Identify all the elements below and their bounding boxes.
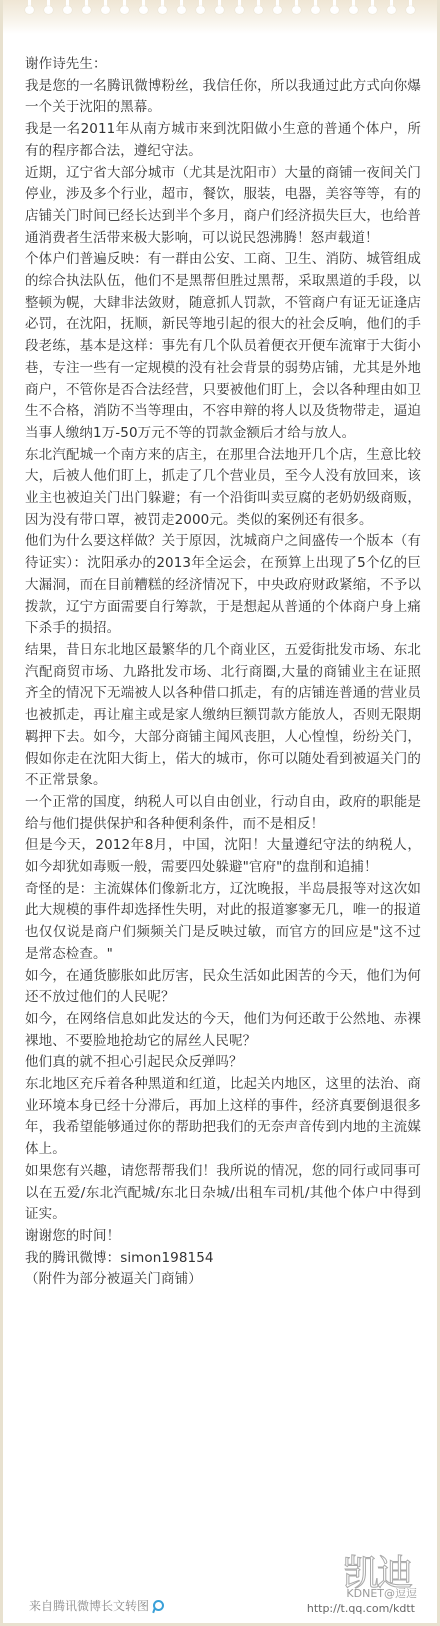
letter-body: 谢作诗先生： 我是您的一名腾讯微博粉丝，我信任你，所以我通过此方式向你爆一个关于… xyxy=(25,54,421,1291)
paragraph: 我是一名2011年从南方城市来到沈阳做小生意的普通个体户，所有的程序都合法，遵纪… xyxy=(25,119,421,162)
ring-icon xyxy=(273,0,282,14)
ring-icon xyxy=(235,0,244,14)
paragraph: 东北地区充斥着各种黑道和红道，比起关内地区，这里的法治、商业环境本身已经十分滞后… xyxy=(25,1074,421,1161)
ring-icon xyxy=(368,0,377,14)
ring-icon xyxy=(158,0,167,14)
ring-icon xyxy=(44,0,53,14)
ring-icon xyxy=(196,0,205,14)
ring-icon xyxy=(349,0,358,14)
binding-rings xyxy=(25,0,415,16)
paragraph: 结果，昔日东北地区最繁华的几个商业区，五爱街批发市场、东北汽配商贸市场、九路批发… xyxy=(25,640,421,792)
ring-icon xyxy=(292,0,301,14)
paragraph: 东北汽配城一个南方来的店主，在那里合法地开几个店，生意比较大，后被人他们盯上，抓… xyxy=(25,445,421,532)
paragraph: 如今，在通货膨胀如此厉害，民众生活如此困苦的今天，他们为何还不放过他们的人民呢？ xyxy=(25,966,421,1009)
ring-icon xyxy=(311,0,320,14)
attachment-note: （附件为部分被逼关门商铺） xyxy=(25,1269,421,1291)
source-label: 来自腾讯微博长文转图 xyxy=(29,1597,149,1614)
tencent-weibo-icon xyxy=(153,1600,164,1611)
ring-icon xyxy=(63,0,72,14)
ring-icon xyxy=(215,0,224,14)
ring-icon xyxy=(101,0,110,14)
paragraph: 但是今天，2012年8月，中国，沈阳！大量遵纪守法的纳税人，如今却犹如毒贩一般，… xyxy=(25,835,421,878)
paragraph: 他们真的就不担心引起民众反弹吗？ xyxy=(25,1052,421,1074)
paragraph: 我是您的一名腾讯微博粉丝，我信任你，所以我通过此方式向你爆一个关于沈阳的黑幕。 xyxy=(25,76,421,119)
notebook-binding xyxy=(3,0,437,34)
weibo-handle: 我的腾讯微博：simon198154 xyxy=(25,1248,421,1270)
ring-icon xyxy=(139,0,148,14)
paragraph: 近期，辽宁省大部分城市（尤其是沈阳市）大量的商铺一夜间关门停业，涉及多个行业，超… xyxy=(25,163,421,250)
paragraph: 一个正常的国度，纳税人可以自由创业，行动自由，政府的职能是给与他们提供保护和各种… xyxy=(25,792,421,835)
ring-icon xyxy=(82,0,91,14)
closing: 谢谢您的时间！ xyxy=(25,1226,421,1248)
paragraph: 个体户们普遍反映：有一群由公安、工商、卫生、消防、城管组成的综合执法队伍，他们不… xyxy=(25,249,421,444)
paragraph: 他们为什么要这样做？关于原因，沈城商户之间盛传一个版本（有待证实）：沈阳承办的2… xyxy=(25,531,421,640)
salutation: 谢作诗先生： xyxy=(25,54,421,76)
long-text-image: 谢作诗先生： 我是您的一名腾讯微博粉丝，我信任你，所以我通过此方式向你爆一个关于… xyxy=(0,0,440,1626)
ring-icon xyxy=(330,0,339,14)
watermark-url: http://t.qq.com/kdtt xyxy=(307,1602,415,1615)
source-footer: 来自腾讯微博长文转图 xyxy=(29,1597,164,1614)
ring-icon xyxy=(25,0,34,14)
watermark: 凯迪 KDNET@逗逗 http://t.qq.com/kdtt xyxy=(275,1545,425,1623)
ring-icon xyxy=(254,0,263,14)
paragraph: 如果您有兴趣，请您帮帮我们！我所说的情况，您的同行或同事可以在五爱/东北汽配城/… xyxy=(25,1161,421,1226)
ring-icon xyxy=(406,0,415,14)
paragraph: 奇怪的是：主流媒体们像新北方，辽沈晚报，半岛晨报等对这次如此大规模的事件却选择性… xyxy=(25,879,421,966)
ring-icon xyxy=(120,0,129,14)
watermark-name: KDNET@逗逗 xyxy=(346,1585,417,1601)
ring-icon xyxy=(177,0,186,14)
ring-icon xyxy=(387,0,396,14)
paragraph: 如今，在网络信息如此发达的今天，他们为何还敢于公然地、赤裸裸地、不要脸地抢劫它的… xyxy=(25,1009,421,1052)
